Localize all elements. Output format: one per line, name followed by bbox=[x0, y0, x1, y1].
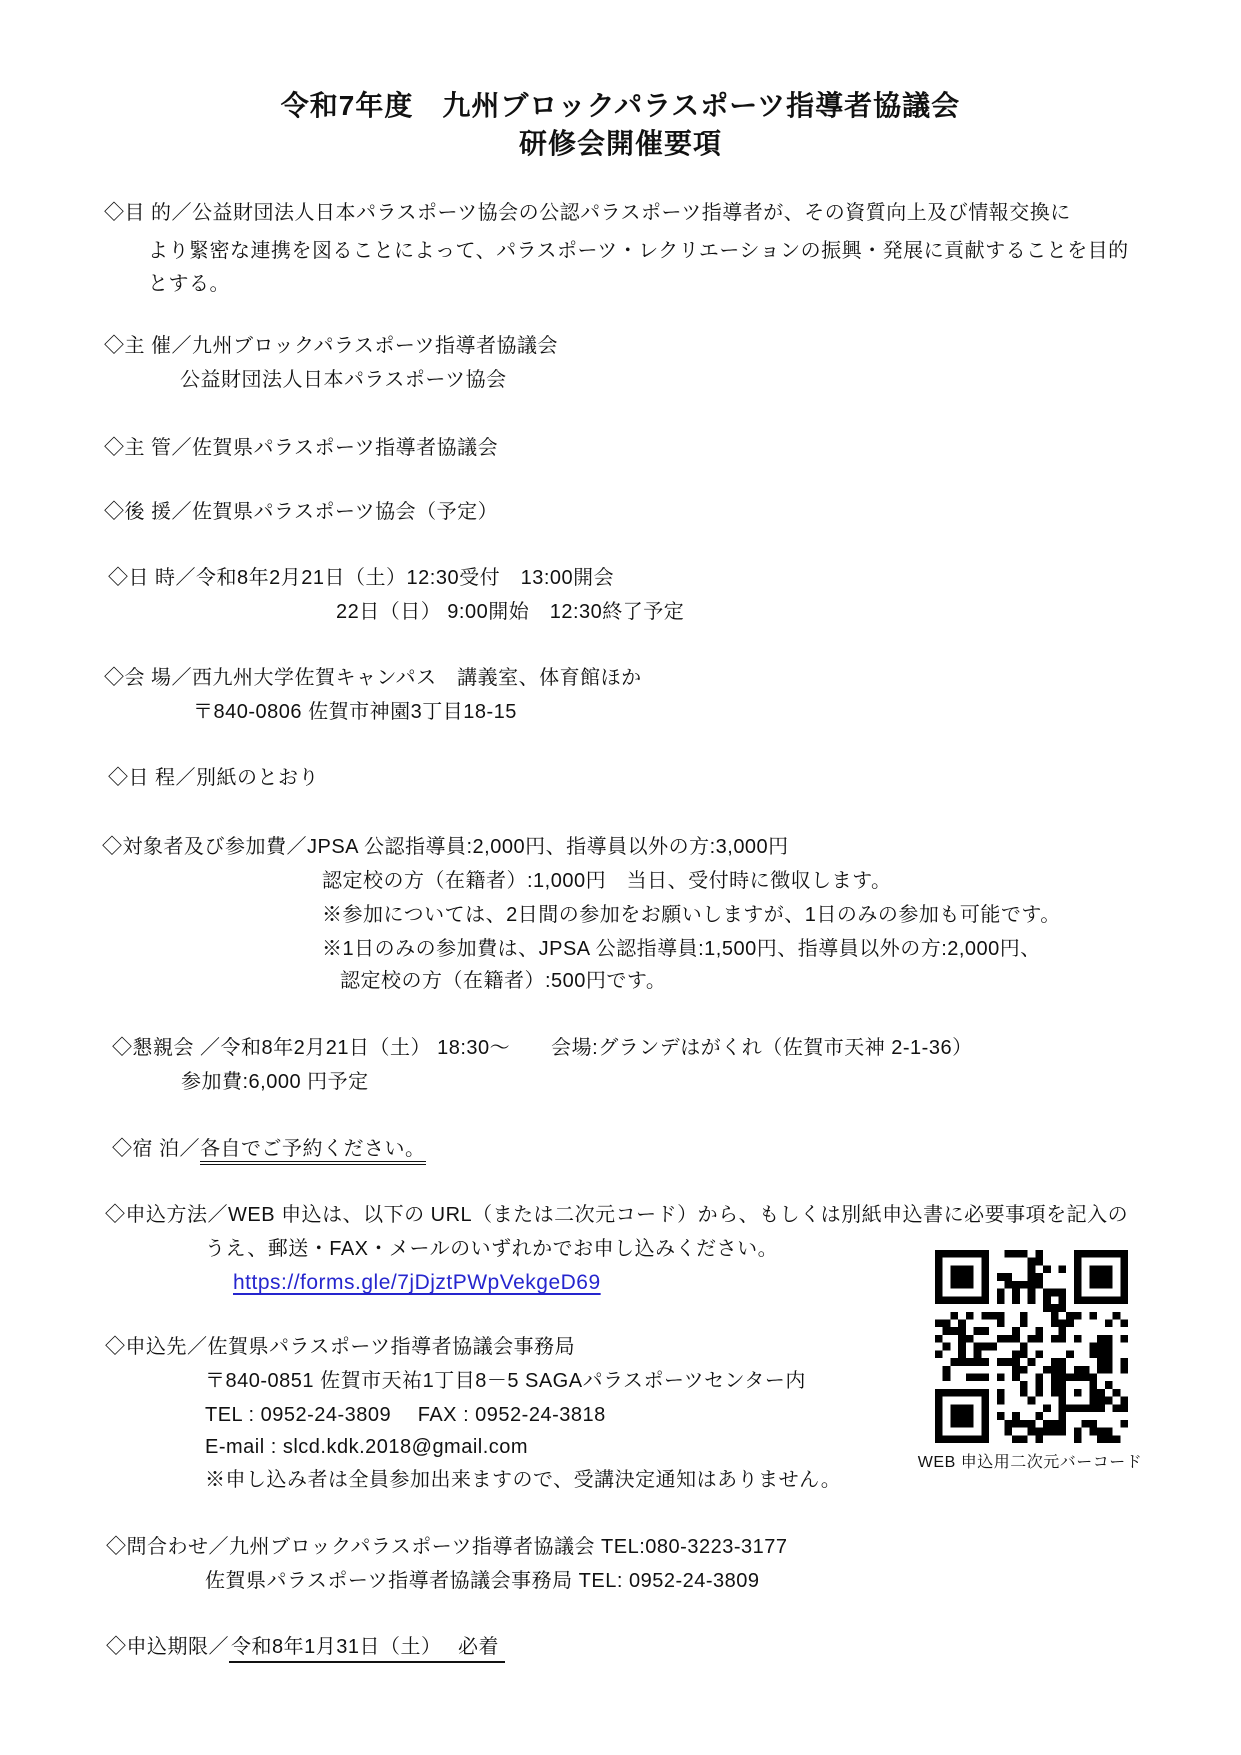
party-line-2: 参加費:6,000 円予定 bbox=[181, 1070, 369, 1095]
contact-line-1: ◇問合わせ／九州ブロックパラスポーツ指導者協議会 TEL:080-3223-31… bbox=[106, 1535, 787, 1560]
application-line-2: うえ、郵送・FAX・メールのいずれかでお申し込みください。 bbox=[205, 1237, 778, 1262]
lodging-line: ◇宿 泊／各自でご予約ください。 bbox=[112, 1137, 426, 1162]
datetime-line-1: ◇日 時／令和8年2月21日（土）12:30受付 13:00開会 bbox=[108, 566, 614, 591]
contact-line-2: 佐賀県パラスポーツ指導者協議会事務局 TEL: 0952-24-3809 bbox=[205, 1569, 760, 1594]
application-line-1: ◇申込方法／WEB 申込は、以下の URL（または二次元コード）から、もしくは別… bbox=[105, 1203, 1128, 1228]
document-page: 令和7年度 九州ブロックパラスポーツ指導者協議会 研修会開催要項 ◇目 的／公益… bbox=[0, 0, 1241, 1755]
apply-to-line-4: E-mail : slcd.kdk.2018@gmail.com bbox=[205, 1435, 528, 1460]
deadline-underlined-text: 令和8年1月31日（土） 必着 bbox=[229, 1636, 505, 1663]
qr-code-caption: WEB 申込用二次元バーコード bbox=[900, 1449, 1160, 1472]
fees-line-1: ◇対象者及び参加費／JPSA 公認指導員:2,000円、指導員以外の方:3,00… bbox=[102, 835, 789, 860]
page-title-line2: 研修会開催要項 bbox=[0, 122, 1241, 162]
support-line: ◇後 援／佐賀県パラスポーツ協会（予定） bbox=[104, 500, 498, 525]
purpose-line-1: ◇目 的／公益財団法人日本パラスポーツ協会の公認パラスポーツ指導者が、その資質向… bbox=[104, 201, 1071, 226]
fees-line-3: ※参加については、2日間の参加をお願いしますが、1日のみの参加も可能です。 bbox=[322, 903, 1061, 928]
venue-line-1: ◇会 場／西九州大学佐賀キャンパス 講義室、体育館ほか bbox=[104, 666, 642, 691]
application-url-line: https://forms.gle/7jDjztPWpVekgeD69 bbox=[233, 1270, 601, 1296]
purpose-line-3: とする。 bbox=[148, 272, 230, 297]
fees-line-5: 認定校の方（在籍者）:500円です。 bbox=[340, 969, 666, 994]
qr-code-image bbox=[935, 1250, 1128, 1443]
apply-to-line-1: ◇申込先／佐賀県パラスポーツ指導者協議会事務局 bbox=[105, 1335, 575, 1360]
party-line-1: ◇懇親会 ／令和8年2月21日（土） 18:30～ 会場:グランデはがくれ（佐賀… bbox=[112, 1036, 973, 1061]
datetime-line-2: 22日（日） 9:00開始 12:30終了予定 bbox=[336, 600, 684, 625]
apply-to-line-2: 〒840-0851 佐賀市天祐1丁目8－5 SAGAパラスポーツセンター内 bbox=[205, 1369, 806, 1394]
management-line: ◇主 管／佐賀県パラスポーツ指導者協議会 bbox=[104, 436, 498, 461]
apply-to-line-3: TEL : 0952-24-3809 FAX : 0952-24-3818 bbox=[205, 1403, 606, 1428]
fees-line-4: ※1日のみの参加費は、JPSA 公認指導員:1,500円、指導員以外の方:2,0… bbox=[322, 937, 1041, 962]
fees-line-2: 認定校の方（在籍者）:1,000円 当日、受付時に徴収します。 bbox=[322, 869, 892, 894]
application-url-link[interactable]: https://forms.gle/7jDjztPWpVekgeD69 bbox=[233, 1271, 601, 1294]
page-title-line1: 令和7年度 九州ブロックパラスポーツ指導者協議会 bbox=[0, 84, 1241, 124]
deadline-label: ◇申込期限／ bbox=[106, 1636, 229, 1658]
lodging-label: ◇宿 泊／ bbox=[112, 1138, 200, 1160]
host-line-2: 公益財団法人日本パラスポーツ協会 bbox=[180, 368, 507, 393]
schedule-line: ◇日 程／別紙のとおり bbox=[108, 766, 319, 791]
apply-to-line-5: ※申し込み者は全員参加出来ますので、受講決定通知はありません。 bbox=[205, 1468, 841, 1493]
venue-line-2: 〒840-0806 佐賀市神園3丁目18-15 bbox=[193, 700, 517, 725]
purpose-line-2: より緊密な連携を図ることによって、パラスポーツ・レクリエーションの振興・発展に貢… bbox=[148, 239, 1129, 264]
lodging-underlined-text: 各自でご予約ください。 bbox=[200, 1138, 426, 1165]
host-line-1: ◇主 催／九州ブロックパラスポーツ指導者協議会 bbox=[104, 334, 558, 359]
deadline-line: ◇申込期限／令和8年1月31日（土） 必着 bbox=[106, 1635, 505, 1660]
